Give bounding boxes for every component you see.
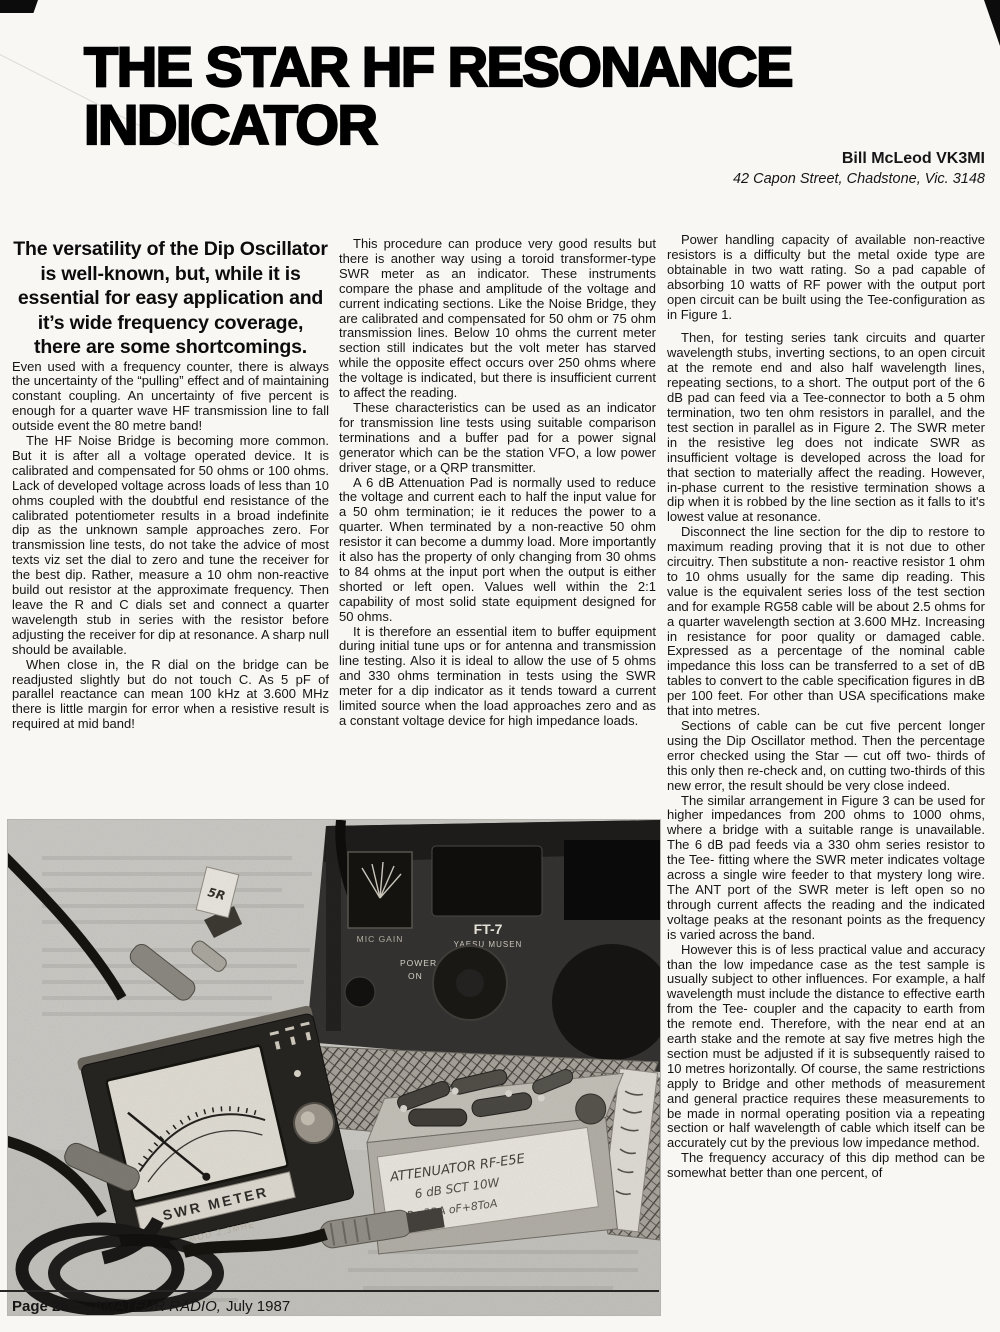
scan-corner-mark-left [0,0,38,13]
paragraph: The similar arrangement in Figure 3 can … [667,794,985,943]
photo-illustration: MIC GAIN FT-7 YAESU MUSEN POWER ON [8,820,660,1315]
author-name: Bill McLeod VK3MI [733,150,985,168]
author-address: 42 Capon Street, Chadstone, Vic. 3148 [733,171,985,187]
paragraph: Sections of cable can be cut five percen… [667,719,985,794]
paragraph: A 6 dB Attenuation Pad is normally used … [339,476,656,625]
article-photo: MIC GAIN FT-7 YAESU MUSEN POWER ON [8,820,660,1315]
byline: Bill McLeod VK3MI 42 Capon Street, Chads… [733,150,985,187]
footer-magazine-title: AMATEUR RADIO, [93,1298,221,1315]
paragraph: The HF Noise Bridge is becoming more com… [12,434,329,658]
paragraph: However this is of less practical value … [667,943,985,1152]
paragraph: Power handling capacity of available non… [667,233,985,322]
intro-standfirst: The versatility of the Dip Oscillator is… [12,237,329,360]
scan-corner-mark-right [984,0,1000,46]
paragraph: The frequency accuracy of this dip metho… [667,1151,985,1181]
paragraph: Then, for testing series tank circuits a… [667,331,985,525]
magazine-page: THE STAR HF RESONANCE INDICATOR Bill McL… [0,0,1000,1332]
article-title: THE STAR HF RESONANCE INDICATOR [84,38,924,153]
footer-issue-date: July 1987 [226,1298,290,1315]
column-1: The versatility of the Dip Oscillator is… [12,237,329,732]
photo-grain [8,820,660,1315]
paragraph: This procedure can produce very good res… [339,237,656,401]
page-footer: Page 26 —AMATEUR RADIO,July 1987 [12,1298,290,1315]
paragraph: It is therefore an essential item to buf… [339,625,656,729]
column-2: This procedure can produce very good res… [339,237,656,729]
footer-rule [0,1290,659,1292]
column-3: Power handling capacity of available non… [667,233,985,1181]
footer-page-number: Page 26 — [12,1298,88,1315]
paragraph: Even used with a frequency counter, ther… [12,360,329,435]
paragraph: Disconnect the line section for the dip … [667,525,985,719]
paragraph: When close in, the R dial on the bridge … [12,658,329,733]
paragraph: These characteristics can be used as an … [339,401,656,476]
